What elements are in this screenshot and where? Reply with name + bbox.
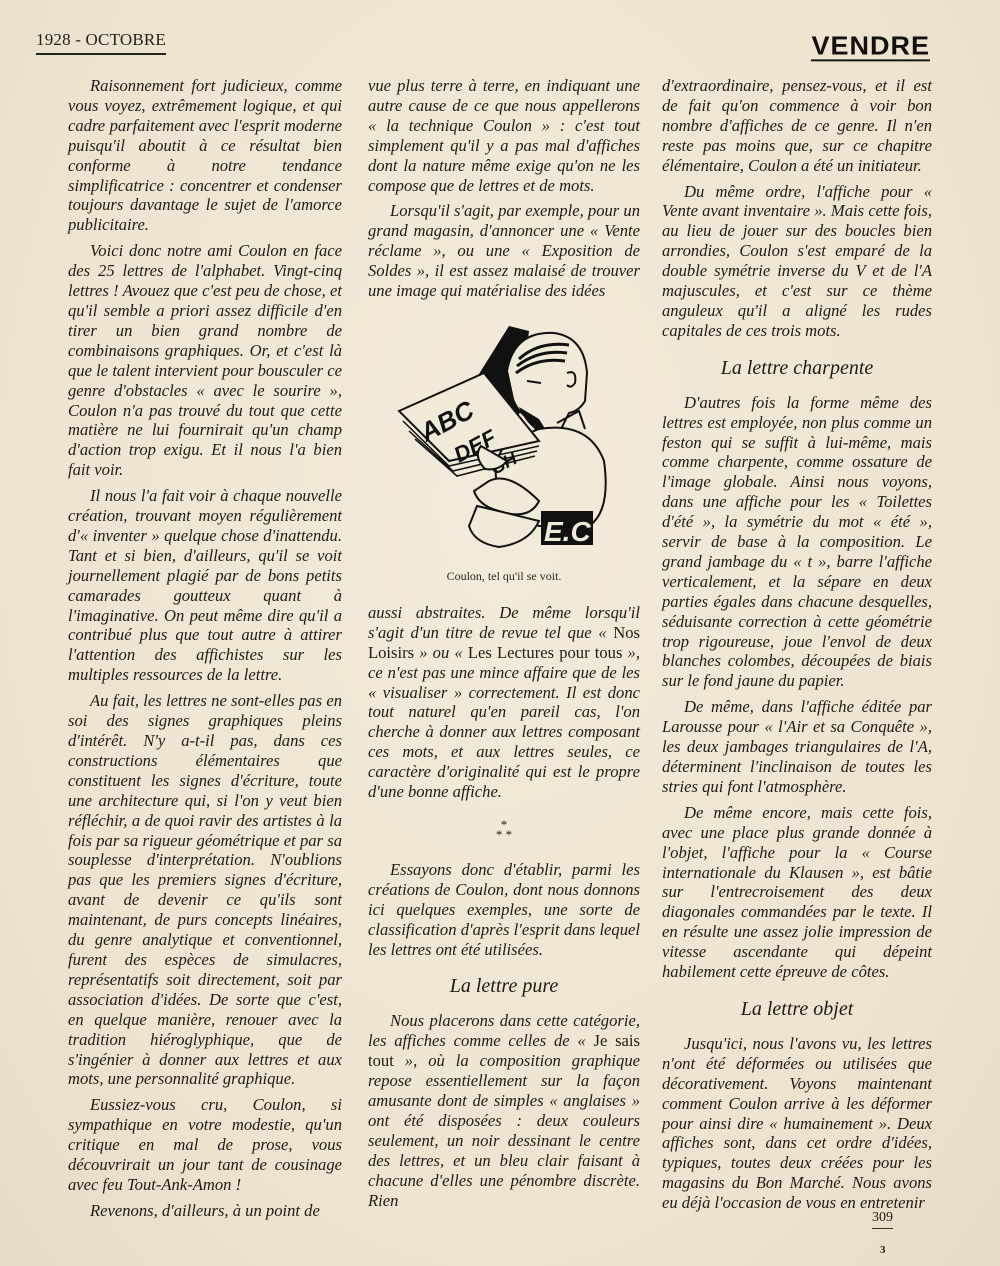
text-run: » ou «	[414, 643, 468, 662]
paragraph: Au fait, les lettres ne sont-elles pas e…	[68, 691, 342, 1089]
paragraph: De même encore, mais cette fois, avec un…	[662, 803, 932, 982]
paragraph: Essayons donc d'établir, parmi les créat…	[368, 860, 640, 960]
column-2: vue plus terre à terre, en indiquant une…	[368, 76, 640, 1216]
paragraph: vue plus terre à terre, en indiquant une…	[368, 76, 640, 195]
coulon-caricature-illustration: ABC DEF GH E.C	[389, 311, 619, 561]
caricature-figure: ABC DEF GH E.C Coulon, tel qu'il se voit…	[368, 311, 640, 587]
column-3: d'extraordinaire, pensez-vous, et il est…	[662, 76, 932, 1219]
section-heading: La lettre objet	[662, 1000, 932, 1020]
page-number: 309	[872, 1210, 893, 1229]
paragraph: Raisonnement fort judicieux, comme vous …	[68, 76, 342, 235]
paragraph: aussi abstraites. De même lorsqu'il s'ag…	[368, 603, 640, 802]
paragraph: Eussiez-vous cru, Coulon, si sympathique…	[68, 1095, 342, 1195]
section-heading: La lettre charpente	[662, 359, 932, 379]
paragraph: Voici donc notre ami Coulon en face des …	[68, 241, 342, 480]
column-1: Raisonnement fort judicieux, comme vous …	[68, 76, 342, 1227]
artist-monogram: E.C	[544, 516, 591, 547]
title-les-lectures: Les Lectures pour tous	[468, 643, 623, 662]
paragraph: Nous placerons dans cette catégorie, les…	[368, 1011, 640, 1210]
paragraph: Lorsqu'il s'agit, par exemple, pour un g…	[368, 201, 640, 301]
figure-caption: Coulon, tel qu'il se voit.	[368, 567, 640, 587]
magazine-title: VENDRE	[811, 35, 930, 62]
text-run: », ce n'est pas une mince affaire que de…	[368, 643, 640, 801]
paragraph: De même, dans l'affiche éditée par Larou…	[662, 697, 932, 797]
paragraph: Du même ordre, l'affiche pour « Vente av…	[662, 182, 932, 341]
paragraph: D'autres fois la forme même des lettres …	[662, 393, 932, 692]
paragraph: Jusqu'ici, nous l'avons vu, les lettres …	[662, 1034, 932, 1213]
paragraph: d'extraordinaire, pensez-vous, et il est…	[662, 76, 932, 176]
paragraph: Revenons, d'ailleurs, à un point de	[68, 1201, 342, 1221]
sheet-number: 3	[880, 1244, 886, 1256]
text-run: », où la composition graphique repose es…	[368, 1051, 640, 1209]
section-dinkus: ** *	[368, 820, 640, 840]
section-heading: La lettre pure	[368, 977, 640, 997]
issue-date: 1928 - OCTOBRE	[36, 30, 166, 55]
text-run: aussi abstraites. De même lorsqu'il s'ag…	[368, 603, 640, 642]
paragraph: Il nous l'a fait voir à chaque nouvelle …	[68, 486, 342, 685]
